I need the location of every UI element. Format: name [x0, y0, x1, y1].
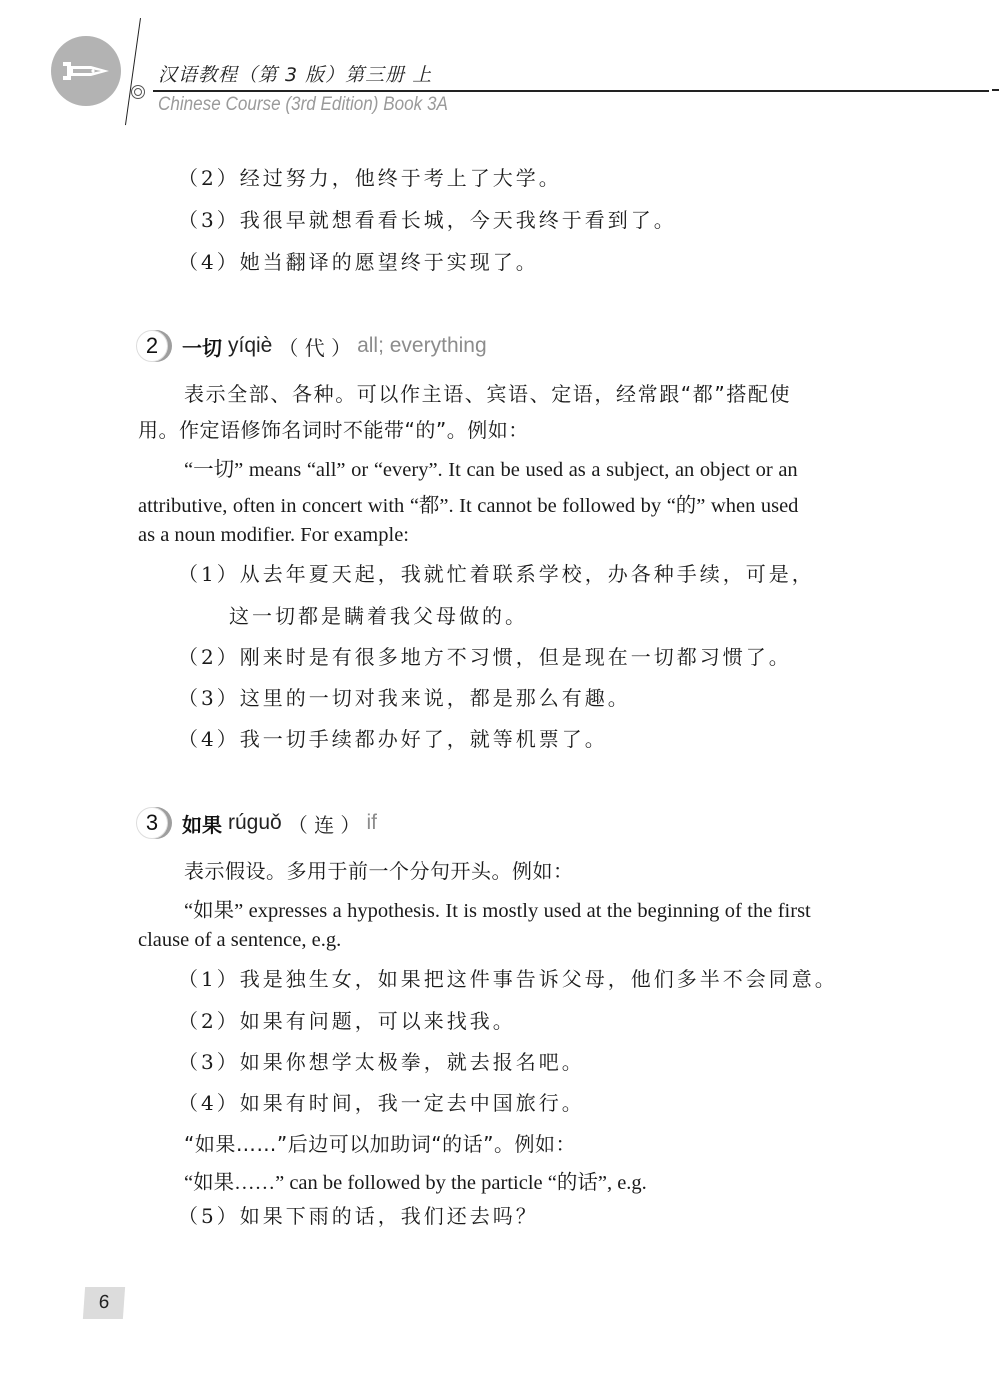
- explanation-english: attributive, often in concert with “都”. …: [138, 488, 798, 518]
- section-number-badge: 2: [136, 328, 172, 364]
- header-rule: [153, 90, 989, 92]
- example-sentence: （3）我很早就想看看长城，今天我终于看到了。: [178, 204, 677, 233]
- explanation-chinese: 表示假设。多用于前一个分句开头。例如：: [184, 855, 574, 884]
- vocab-word: 如果: [182, 809, 222, 838]
- vocab-part-of-speech: （ 连 ）: [288, 809, 361, 838]
- logo-badge: [51, 36, 121, 106]
- explanation-chinese: 用。作定语修饰名词时不能带“的”。例如：: [138, 414, 529, 443]
- example-sentence: （2）刚来时是有很多地方不习惯，但是现在一切都习惯了。: [178, 641, 792, 670]
- example-sentence: （2）如果有问题，可以来找我。: [178, 1005, 516, 1034]
- example-sentence: （5）如果下雨的话，我们还去吗？: [178, 1200, 539, 1229]
- header-divider-slant: [125, 18, 141, 125]
- explanation-english: “如果” expresses a hypothesis. It is mostl…: [184, 893, 811, 923]
- explanation-english: clause of a sentence, e.g.: [138, 929, 341, 952]
- vocab-pinyin: rúguǒ: [228, 811, 282, 835]
- example-sentence: （2）经过努力，他终于考上了大学。: [178, 162, 562, 191]
- fountain-pen-nib-icon: [51, 36, 121, 106]
- vocab-pinyin: yíqiè: [228, 334, 272, 358]
- section-heading-2: 2 一切 yíqiè （ 代 ） all; everything: [136, 326, 487, 366]
- vocab-gloss: if: [366, 811, 377, 835]
- section-heading-3: 3 如果 rúguǒ （ 连 ） if: [136, 803, 377, 843]
- explanation-chinese: 表示全部、各种。可以作主语、宾语、定语，经常跟“都”搭配使: [184, 378, 791, 407]
- section-number-badge: 3: [136, 805, 172, 841]
- vocab-word: 一切: [182, 332, 222, 361]
- example-sentence: （1）从去年夏天起，我就忙着联系学校，办各种手续，可是，: [178, 558, 815, 587]
- example-sentence-continued: 这一切都是瞒着我父母做的。: [229, 600, 528, 629]
- example-sentence: （3）如果你想学太极拳，就去报名吧。: [178, 1046, 585, 1075]
- explanation-english: “一切” means “all” or “every”. It can be u…: [184, 452, 798, 482]
- vocab-part-of-speech: （ 代 ）: [278, 332, 351, 361]
- book-title-english: Chinese Course (3rd Edition) Book 3A: [158, 94, 448, 116]
- explanation-english: as a noun modifier. For example:: [138, 524, 409, 547]
- note-english: “如果……” can be followed by the particle “…: [184, 1165, 647, 1195]
- example-sentence: （1）我是独生女，如果把这件事告诉父母，他们多半不会同意。: [178, 963, 838, 992]
- example-sentence: （4）她当翻译的愿望终于实现了。: [178, 246, 539, 275]
- note-chinese: “如果……”后边可以加助词“的话”。例如：: [184, 1128, 576, 1157]
- vocab-gloss: all; everything: [357, 334, 487, 358]
- example-sentence: （4）如果有时间，我一定去中国旅行。: [178, 1087, 585, 1116]
- page-number: 6: [83, 1287, 125, 1319]
- example-sentence: （3）这里的一切对我来说，都是那么有趣。: [178, 682, 631, 711]
- header-rule-end: [990, 89, 999, 91]
- book-title-chinese: 汉语教程（第 3 版）第三册 上: [158, 60, 432, 87]
- header-ring-ornament: [131, 85, 145, 99]
- example-sentence: （4）我一切手续都办好了，就等机票了。: [178, 723, 608, 752]
